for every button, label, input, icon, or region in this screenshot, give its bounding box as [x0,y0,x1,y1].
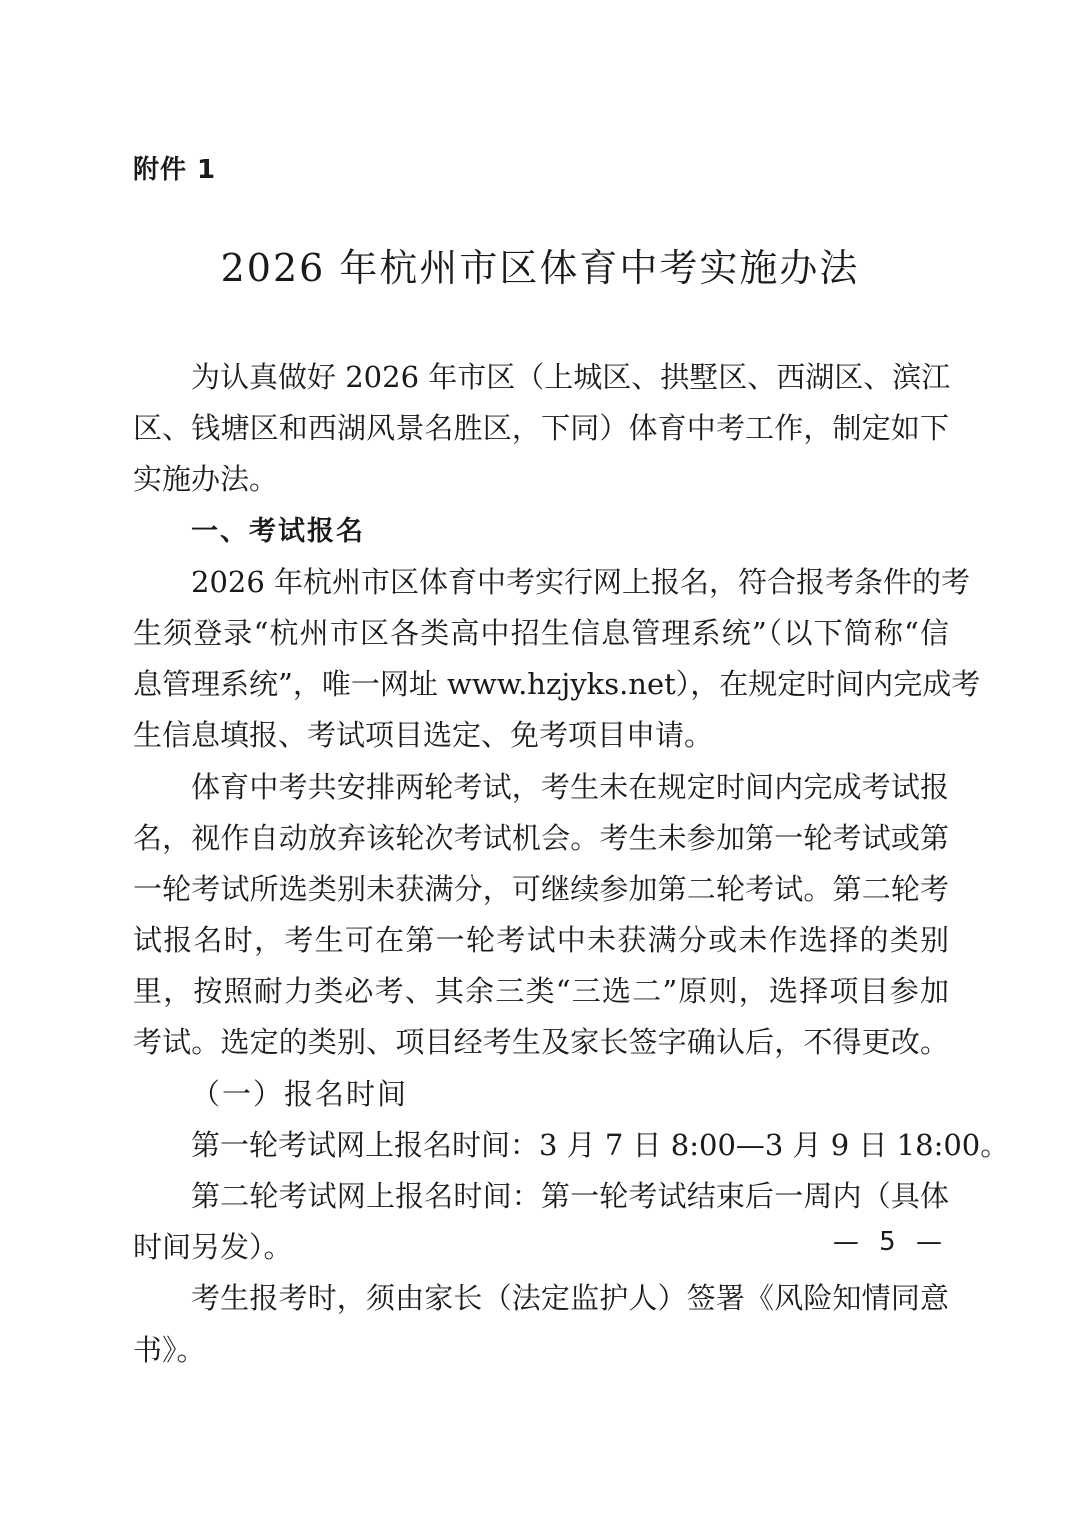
text-line: 试报名时，考生可在第一轮考试中未获满分或未作选择的类别 [133,915,949,966]
text-line: 2026 年杭州市区体育中考实行网上报名，符合报考条件的考 [133,557,949,608]
document-body: 为认真做好 2026 年市区（上城区、拱墅区、西湖区、滨江 区、钱塘区和西湖风景… [133,352,949,1376]
text-line: 实施办法。 [133,454,949,505]
text-line: 名，视作自动放弃该轮次考试机会。考生未参加第一轮考试或第 [133,813,949,864]
document-title: 2026 年杭州市区体育中考实施办法 [0,242,1080,294]
section-heading: 一、考试报名 [133,506,949,557]
page-number: — 5 — [833,1222,948,1262]
text-line: 考生报考时，须由家长（法定监护人）签署《风险知情同意 [133,1273,949,1324]
text-line: 生须登录“杭州市区各类高中招生信息管理系统”（以下简称“信 [133,608,949,659]
subsection-heading: （一）报名时间 [133,1069,949,1120]
text-line: 为认真做好 2026 年市区（上城区、拱墅区、西湖区、滨江 [133,352,949,403]
text-line: 考试。选定的类别、项目经考生及家长签字确认后，不得更改。 [133,1017,949,1068]
text-line: 第一轮考试网上报名时间：3 月 7 日 8:00—3 月 9 日 18:00。 [133,1120,949,1171]
text-line: 体育中考共安排两轮考试，考生未在规定时间内完成考试报 [133,762,949,813]
text-line: 时间另发）。 [133,1222,949,1273]
text-line: 息管理系统”，唯一网址 www.hzjyks.net），在规定时间内完成考 [133,659,949,710]
text-line: 区、钱塘区和西湖风景名胜区，下同）体育中考工作，制定如下 [133,403,949,454]
text-line: 一轮考试所选类别未获满分，可继续参加第二轮考试。第二轮考 [133,864,949,915]
attachment-label: 附件 1 [133,152,216,188]
text-line: 生信息填报、考试项目选定、免考项目申请。 [133,710,949,761]
text-line: 第二轮考试网上报名时间：第一轮考试结束后一周内（具体 [133,1171,949,1222]
text-line: 书》。 [133,1325,949,1376]
document-page: 附件 1 2026 年杭州市区体育中考实施办法 为认真做好 2026 年市区（上… [0,0,1080,1526]
text-line: 里，按照耐力类必考、其余三类“三选二”原则，选择项目参加 [133,966,949,1017]
